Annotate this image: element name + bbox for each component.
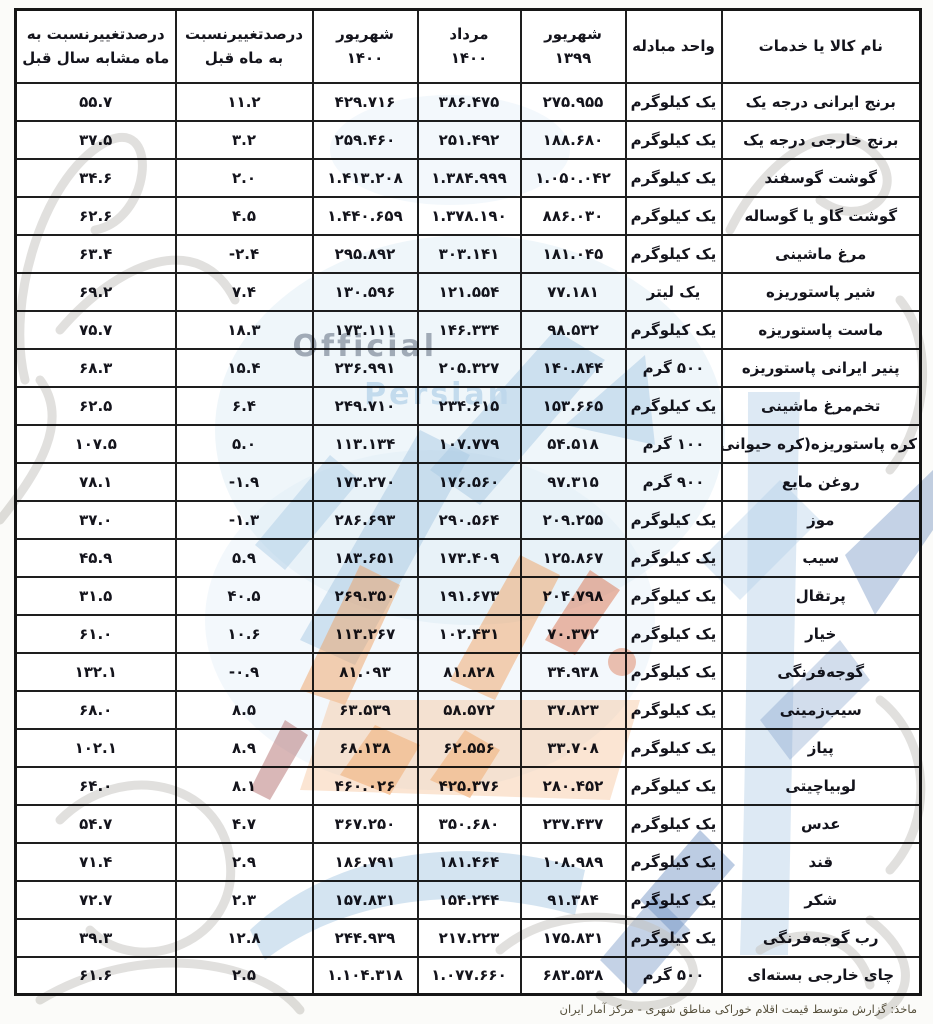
cell-price-shahrivar-1400: ۱.۱۰۴.۳۱۸ xyxy=(313,957,418,995)
cell-pct-change-yoy: ۱۰۲.۱ xyxy=(16,729,176,767)
cell-exchange-unit: یک کیلوگرم xyxy=(626,919,722,957)
cell-pct-change-yoy: ۶۱.۰ xyxy=(16,615,176,653)
cell-pct-change-yoy: ۶۸.۰ xyxy=(16,691,176,729)
cell-item-name: لوبیاچیتی xyxy=(722,767,921,805)
cell-price-shahrivar-1399: ۷۷.۱۸۱ xyxy=(521,273,626,311)
cell-pct-change-mom: ۲.۳ xyxy=(176,881,313,919)
table-row: لوبیاچیتی یک کیلوگرم ۲۸۰.۴۵۲ ۴۲۵.۳۷۶ ۴۶۰… xyxy=(16,767,921,805)
cell-exchange-unit: یک کیلوگرم xyxy=(626,653,722,691)
header-line: ماه مشابه سال قبل xyxy=(19,46,173,71)
cell-price-shahrivar-1399: ۹۸.۵۳۲ xyxy=(521,311,626,349)
cell-price-mordad-1400: ۵۸.۵۷۲ xyxy=(418,691,521,729)
cell-exchange-unit: ۹۰۰ گرم xyxy=(626,463,722,501)
table-row: برنج ایرانی درجه یک یک کیلوگرم ۲۷۵.۹۵۵ ۳… xyxy=(16,83,921,121)
table-row: گوجه‌فرنگی یک کیلوگرم ۳۴.۹۳۸ ۸۱.۸۲۸ ۸۱.۰… xyxy=(16,653,921,691)
cell-price-mordad-1400: ۱.۰۷۷.۶۶۰ xyxy=(418,957,521,995)
col-header-mordad-1400: مرداد ۱۴۰۰ xyxy=(418,10,521,83)
cell-price-shahrivar-1399: ۱۷۵.۸۳۱ xyxy=(521,919,626,957)
cell-pct-change-yoy: ۴۵.۹ xyxy=(16,539,176,577)
header-line: درصدتغییرنسبت xyxy=(179,22,310,47)
cell-price-shahrivar-1399: ۵۴.۵۱۸ xyxy=(521,425,626,463)
cell-item-name: شکر xyxy=(722,881,921,919)
header-line: درصدتغییرنسبت به xyxy=(19,22,173,47)
cell-item-name: موز xyxy=(722,501,921,539)
cell-exchange-unit: یک کیلوگرم xyxy=(626,729,722,767)
cell-pct-change-mom: -۰.۹ xyxy=(176,653,313,691)
cell-pct-change-yoy: ۳۴.۶ xyxy=(16,159,176,197)
cell-price-mordad-1400: ۱۵۴.۲۴۴ xyxy=(418,881,521,919)
col-header-pct-change-yoy: درصدتغییرنسبت به ماه مشابه سال قبل xyxy=(16,10,176,83)
cell-exchange-unit: یک کیلوگرم xyxy=(626,539,722,577)
cell-exchange-unit: یک کیلوگرم xyxy=(626,767,722,805)
cell-exchange-unit: یک کیلوگرم xyxy=(626,805,722,843)
cell-item-name: پیاز xyxy=(722,729,921,767)
cell-pct-change-mom: ۵.۹ xyxy=(176,539,313,577)
cell-price-shahrivar-1399: ۳۳.۷۰۸ xyxy=(521,729,626,767)
cell-item-name: عدس xyxy=(722,805,921,843)
table-row: پنیر ایرانی پاستوریزه ۵۰۰ گرم ۱۴۰.۸۴۴ ۲۰… xyxy=(16,349,921,387)
cell-price-shahrivar-1399: ۷۰.۳۷۲ xyxy=(521,615,626,653)
header-line: شهریور xyxy=(316,22,415,47)
cell-price-mordad-1400: ۴۲۵.۳۷۶ xyxy=(418,767,521,805)
cell-pct-change-yoy: ۵۵.۷ xyxy=(16,83,176,121)
cell-price-shahrivar-1399: ۲۳۷.۴۳۷ xyxy=(521,805,626,843)
cell-item-name: برنج ایرانی درجه یک xyxy=(722,83,921,121)
cell-exchange-unit: ۵۰۰ گرم xyxy=(626,957,722,995)
cell-pct-change-mom: ۴.۵ xyxy=(176,197,313,235)
header-line: نام کالا یا خدمات xyxy=(725,34,918,59)
cell-price-shahrivar-1399: ۱.۰۵۰.۰۴۲ xyxy=(521,159,626,197)
cell-pct-change-mom: ۲.۹ xyxy=(176,843,313,881)
cell-exchange-unit: ۱۰۰ گرم xyxy=(626,425,722,463)
cell-pct-change-yoy: ۷۵.۷ xyxy=(16,311,176,349)
cell-item-name: روغن مایع xyxy=(722,463,921,501)
cell-pct-change-mom: -۲.۴ xyxy=(176,235,313,273)
table-row: ماست پاستوریزه یک کیلوگرم ۹۸.۵۳۲ ۱۴۶.۳۳۴… xyxy=(16,311,921,349)
cell-item-name: گوجه‌فرنگی xyxy=(722,653,921,691)
cell-pct-change-mom: ۴.۷ xyxy=(176,805,313,843)
cell-pct-change-yoy: ۶۲.۶ xyxy=(16,197,176,235)
cell-item-name: سیب‌زمینی xyxy=(722,691,921,729)
cell-pct-change-yoy: ۳۹.۳ xyxy=(16,919,176,957)
cell-exchange-unit: یک کیلوگرم xyxy=(626,83,722,121)
cell-pct-change-mom: ۱۰.۶ xyxy=(176,615,313,653)
cell-price-shahrivar-1400: ۲۴۹.۷۱۰ xyxy=(313,387,418,425)
col-header-item-name: نام کالا یا خدمات xyxy=(722,10,921,83)
cell-item-name: برنج خارجی درجه یک xyxy=(722,121,921,159)
cell-price-shahrivar-1399: ۱۴۰.۸۴۴ xyxy=(521,349,626,387)
cell-pct-change-mom: ۵.۰ xyxy=(176,425,313,463)
cell-pct-change-yoy: ۱۳۲.۱ xyxy=(16,653,176,691)
cell-price-mordad-1400: ۲۹۰.۵۶۴ xyxy=(418,501,521,539)
table-row: چای خارجی بسته‌ای ۵۰۰ گرم ۶۸۳.۵۳۸ ۱.۰۷۷.… xyxy=(16,957,921,995)
cell-pct-change-mom: ۱۲.۸ xyxy=(176,919,313,957)
header-line: ۱۴۰۰ xyxy=(316,46,415,71)
cell-price-shahrivar-1400: ۶۸.۱۳۸ xyxy=(313,729,418,767)
cell-pct-change-mom: ۱۵.۴ xyxy=(176,349,313,387)
cell-pct-change-mom: ۲.۰ xyxy=(176,159,313,197)
table-row: عدس یک کیلوگرم ۲۳۷.۴۳۷ ۳۵۰.۶۸۰ ۳۶۷.۲۵۰ ۴… xyxy=(16,805,921,843)
table-row: سیب یک کیلوگرم ۱۲۵.۸۶۷ ۱۷۳.۴۰۹ ۱۸۳.۶۵۱ ۵… xyxy=(16,539,921,577)
table-header: نام کالا یا خدمات واحد مبادله شهریور ۱۳۹… xyxy=(16,10,921,83)
cell-item-name: رب گوجه‌فرنگی xyxy=(722,919,921,957)
cell-item-name: پنیر ایرانی پاستوریزه xyxy=(722,349,921,387)
cell-pct-change-yoy: ۳۷.۵ xyxy=(16,121,176,159)
cell-item-name: گوشت گوسفند xyxy=(722,159,921,197)
cell-pct-change-mom: ۱۱.۲ xyxy=(176,83,313,121)
cell-item-name: خیار xyxy=(722,615,921,653)
table-row: کره پاستوریزه(کره حیوانی) ۱۰۰ گرم ۵۴.۵۱۸… xyxy=(16,425,921,463)
cell-price-shahrivar-1399: ۱۲۵.۸۶۷ xyxy=(521,539,626,577)
cell-price-mordad-1400: ۱۷۳.۴۰۹ xyxy=(418,539,521,577)
cell-price-shahrivar-1400: ۶۳.۵۳۹ xyxy=(313,691,418,729)
table-row: برنج خارجی درجه یک یک کیلوگرم ۱۸۸.۶۸۰ ۲۵… xyxy=(16,121,921,159)
cell-price-mordad-1400: ۱۷۶.۵۶۰ xyxy=(418,463,521,501)
cell-price-mordad-1400: ۱.۳۷۸.۱۹۰ xyxy=(418,197,521,235)
scanned-document-page: نام کالا یا خدمات واحد مبادله شهریور ۱۳۹… xyxy=(0,0,933,1024)
cell-price-shahrivar-1400: ۱۷۳.۱۱۱ xyxy=(313,311,418,349)
table-row: روغن مایع ۹۰۰ گرم ۹۷.۳۱۵ ۱۷۶.۵۶۰ ۱۷۳.۲۷۰… xyxy=(16,463,921,501)
cell-pct-change-yoy: ۶۳.۴ xyxy=(16,235,176,273)
cell-price-mordad-1400: ۱.۳۸۴.۹۹۹ xyxy=(418,159,521,197)
cell-price-shahrivar-1399: ۹۷.۳۱۵ xyxy=(521,463,626,501)
cell-price-shahrivar-1400: ۱.۴۱۳.۲۰۸ xyxy=(313,159,418,197)
cell-item-name: قند xyxy=(722,843,921,881)
cell-pct-change-yoy: ۷۸.۱ xyxy=(16,463,176,501)
cell-price-shahrivar-1400: ۲۴۴.۹۳۹ xyxy=(313,919,418,957)
cell-price-shahrivar-1400: ۸۱.۰۹۳ xyxy=(313,653,418,691)
cell-price-shahrivar-1400: ۲۸۶.۶۹۳ xyxy=(313,501,418,539)
cell-exchange-unit: یک لیتر xyxy=(626,273,722,311)
header-line: واحد مبادله xyxy=(629,34,719,59)
cell-pct-change-mom: ۸.۹ xyxy=(176,729,313,767)
cell-price-mordad-1400: ۲۳۴.۶۱۵ xyxy=(418,387,521,425)
cell-price-mordad-1400: ۳۵۰.۶۸۰ xyxy=(418,805,521,843)
table-row: رب گوجه‌فرنگی یک کیلوگرم ۱۷۵.۸۳۱ ۲۱۷.۲۲۳… xyxy=(16,919,921,957)
cell-price-shahrivar-1400: ۱۵۷.۸۳۱ xyxy=(313,881,418,919)
cell-price-shahrivar-1399: ۱۵۳.۶۶۵ xyxy=(521,387,626,425)
cell-price-shahrivar-1400: ۴۲۹.۷۱۶ xyxy=(313,83,418,121)
cell-pct-change-yoy: ۳۱.۵ xyxy=(16,577,176,615)
cell-pct-change-mom: ۶.۴ xyxy=(176,387,313,425)
table-row: گوشت گاو یا گوساله یک کیلوگرم ۸۸۶.۰۳۰ ۱.… xyxy=(16,197,921,235)
cell-price-shahrivar-1400: ۱۱۳.۲۶۷ xyxy=(313,615,418,653)
cell-exchange-unit: یک کیلوگرم xyxy=(626,121,722,159)
cell-pct-change-yoy: ۶۱.۶ xyxy=(16,957,176,995)
table-row: موز یک کیلوگرم ۲۰۹.۲۵۵ ۲۹۰.۵۶۴ ۲۸۶.۶۹۳ -… xyxy=(16,501,921,539)
cell-pct-change-yoy: ۶۴.۰ xyxy=(16,767,176,805)
cell-price-shahrivar-1399: ۹۱.۳۸۴ xyxy=(521,881,626,919)
cell-price-shahrivar-1399: ۳۷.۸۲۳ xyxy=(521,691,626,729)
cell-pct-change-yoy: ۱۰۷.۵ xyxy=(16,425,176,463)
cell-price-mordad-1400: ۶۲.۵۵۶ xyxy=(418,729,521,767)
cell-price-shahrivar-1400: ۴۶۰.۰۲۶ xyxy=(313,767,418,805)
cell-price-shahrivar-1399: ۲۰۹.۲۵۵ xyxy=(521,501,626,539)
cell-price-mordad-1400: ۱۲۱.۵۵۴ xyxy=(418,273,521,311)
cell-price-shahrivar-1399: ۲۸۰.۴۵۲ xyxy=(521,767,626,805)
cell-item-name: تخم‌مرغ ماشینی xyxy=(722,387,921,425)
cell-price-shahrivar-1400: ۲۵۹.۴۶۰ xyxy=(313,121,418,159)
cell-item-name: کره پاستوریزه(کره حیوانی) xyxy=(722,425,921,463)
cell-price-shahrivar-1400: ۲۶۹.۳۵۰ xyxy=(313,577,418,615)
cell-pct-change-mom: -۱.۳ xyxy=(176,501,313,539)
cell-price-mordad-1400: ۱۰۷.۷۷۹ xyxy=(418,425,521,463)
cell-price-shahrivar-1400: ۲۹۵.۸۹۲ xyxy=(313,235,418,273)
cell-price-shahrivar-1399: ۱۸۸.۶۸۰ xyxy=(521,121,626,159)
cell-pct-change-yoy: ۷۱.۴ xyxy=(16,843,176,881)
cell-exchange-unit: یک کیلوگرم xyxy=(626,691,722,729)
cell-pct-change-yoy: ۵۴.۷ xyxy=(16,805,176,843)
cell-item-name: شیر پاستوریزه xyxy=(722,273,921,311)
cell-price-shahrivar-1399: ۳۴.۹۳۸ xyxy=(521,653,626,691)
cell-item-name: سیب xyxy=(722,539,921,577)
cell-price-mordad-1400: ۱۰۲.۴۳۱ xyxy=(418,615,521,653)
header-line: ۱۴۰۰ xyxy=(421,46,518,71)
cell-pct-change-mom: ۴۰.۵ xyxy=(176,577,313,615)
cell-pct-change-yoy: ۶۲.۵ xyxy=(16,387,176,425)
cell-price-mordad-1400: ۳۰۳.۱۴۱ xyxy=(418,235,521,273)
cell-price-shahrivar-1399: ۲۷۵.۹۵۵ xyxy=(521,83,626,121)
cell-exchange-unit: یک کیلوگرم xyxy=(626,615,722,653)
cell-price-mordad-1400: ۲۵۱.۴۹۲ xyxy=(418,121,521,159)
cell-item-name: ماست پاستوریزه xyxy=(722,311,921,349)
header-line: به ماه قبل xyxy=(179,46,310,71)
table-row: تخم‌مرغ ماشینی یک کیلوگرم ۱۵۳.۶۶۵ ۲۳۴.۶۱… xyxy=(16,387,921,425)
cell-item-name: پرتقال xyxy=(722,577,921,615)
cell-price-shahrivar-1400: ۱۸۶.۷۹۱ xyxy=(313,843,418,881)
table-row: قند یک کیلوگرم ۱۰۸.۹۸۹ ۱۸۱.۴۶۴ ۱۸۶.۷۹۱ ۲… xyxy=(16,843,921,881)
cell-exchange-unit: ۵۰۰ گرم xyxy=(626,349,722,387)
header-line: شهریور xyxy=(524,22,623,47)
source-note: ماخذ: گزارش متوسط قیمت اقلام خوراکی مناط… xyxy=(560,1002,918,1016)
col-header-shahrivar-1400: شهریور ۱۴۰۰ xyxy=(313,10,418,83)
cell-exchange-unit: یک کیلوگرم xyxy=(626,577,722,615)
cell-price-shahrivar-1400: ۱۷۳.۲۷۰ xyxy=(313,463,418,501)
col-header-exchange-unit: واحد مبادله xyxy=(626,10,722,83)
cell-exchange-unit: یک کیلوگرم xyxy=(626,235,722,273)
cell-price-mordad-1400: ۱۸۱.۴۶۴ xyxy=(418,843,521,881)
cell-pct-change-yoy: ۳۷.۰ xyxy=(16,501,176,539)
cell-item-name: گوشت گاو یا گوساله xyxy=(722,197,921,235)
header-line: ۱۳۹۹ xyxy=(524,46,623,71)
table-row: پیاز یک کیلوگرم ۳۳.۷۰۸ ۶۲.۵۵۶ ۶۸.۱۳۸ ۸.۹… xyxy=(16,729,921,767)
col-header-pct-change-mom: درصدتغییرنسبت به ماه قبل xyxy=(176,10,313,83)
cell-exchange-unit: یک کیلوگرم xyxy=(626,843,722,881)
cell-price-shahrivar-1399: ۱۰۸.۹۸۹ xyxy=(521,843,626,881)
table-row: شیر پاستوریزه یک لیتر ۷۷.۱۸۱ ۱۲۱.۵۵۴ ۱۳۰… xyxy=(16,273,921,311)
cell-price-mordad-1400: ۸۱.۸۲۸ xyxy=(418,653,521,691)
cell-exchange-unit: یک کیلوگرم xyxy=(626,881,722,919)
header-row: نام کالا یا خدمات واحد مبادله شهریور ۱۳۹… xyxy=(16,10,921,83)
cell-price-shahrivar-1400: ۲۳۶.۹۹۱ xyxy=(313,349,418,387)
cell-price-shahrivar-1400: ۱۱۳.۱۳۴ xyxy=(313,425,418,463)
cell-price-shahrivar-1400: ۳۶۷.۲۵۰ xyxy=(313,805,418,843)
cell-price-mordad-1400: ۱۴۶.۳۳۴ xyxy=(418,311,521,349)
cell-pct-change-mom: ۷.۴ xyxy=(176,273,313,311)
table-row: شکر یک کیلوگرم ۹۱.۳۸۴ ۱۵۴.۲۴۴ ۱۵۷.۸۳۱ ۲.… xyxy=(16,881,921,919)
table-row: خیار یک کیلوگرم ۷۰.۳۷۲ ۱۰۲.۴۳۱ ۱۱۳.۲۶۷ ۱… xyxy=(16,615,921,653)
cell-price-shahrivar-1399: ۱۸۱.۰۴۵ xyxy=(521,235,626,273)
cell-price-shahrivar-1399: ۸۸۶.۰۳۰ xyxy=(521,197,626,235)
col-header-shahrivar-1399: شهریور ۱۳۹۹ xyxy=(521,10,626,83)
cell-pct-change-yoy: ۶۹.۲ xyxy=(16,273,176,311)
cell-pct-change-yoy: ۶۸.۳ xyxy=(16,349,176,387)
cell-price-mordad-1400: ۱۹۱.۶۷۳ xyxy=(418,577,521,615)
cell-price-mordad-1400: ۳۸۶.۴۷۵ xyxy=(418,83,521,121)
cell-price-mordad-1400: ۲۱۷.۲۲۳ xyxy=(418,919,521,957)
header-line: مرداد xyxy=(421,22,518,47)
cell-exchange-unit: یک کیلوگرم xyxy=(626,387,722,425)
cell-exchange-unit: یک کیلوگرم xyxy=(626,159,722,197)
cell-pct-change-mom: ۱۸.۳ xyxy=(176,311,313,349)
cell-price-shahrivar-1400: ۱.۴۴۰.۶۵۹ xyxy=(313,197,418,235)
cell-price-shahrivar-1400: ۱۳۰.۵۹۶ xyxy=(313,273,418,311)
cell-pct-change-mom: ۳.۲ xyxy=(176,121,313,159)
cell-pct-change-mom: ۸.۱ xyxy=(176,767,313,805)
table-body: برنج ایرانی درجه یک یک کیلوگرم ۲۷۵.۹۵۵ ۳… xyxy=(16,83,921,995)
cell-pct-change-mom: ۸.۵ xyxy=(176,691,313,729)
table-row: مرغ ماشینی یک کیلوگرم ۱۸۱.۰۴۵ ۳۰۳.۱۴۱ ۲۹… xyxy=(16,235,921,273)
food-price-table: نام کالا یا خدمات واحد مبادله شهریور ۱۳۹… xyxy=(14,8,922,996)
cell-pct-change-mom: -۱.۹ xyxy=(176,463,313,501)
table-row: سیب‌زمینی یک کیلوگرم ۳۷.۸۲۳ ۵۸.۵۷۲ ۶۳.۵۳… xyxy=(16,691,921,729)
cell-exchange-unit: یک کیلوگرم xyxy=(626,501,722,539)
cell-item-name: چای خارجی بسته‌ای xyxy=(722,957,921,995)
cell-price-shahrivar-1399: ۲۰۴.۷۹۸ xyxy=(521,577,626,615)
cell-item-name: مرغ ماشینی xyxy=(722,235,921,273)
cell-price-mordad-1400: ۲۰۵.۳۲۷ xyxy=(418,349,521,387)
cell-exchange-unit: یک کیلوگرم xyxy=(626,197,722,235)
table-row: گوشت گوسفند یک کیلوگرم ۱.۰۵۰.۰۴۲ ۱.۳۸۴.۹… xyxy=(16,159,921,197)
cell-price-shahrivar-1400: ۱۸۳.۶۵۱ xyxy=(313,539,418,577)
cell-price-shahrivar-1399: ۶۸۳.۵۳۸ xyxy=(521,957,626,995)
cell-pct-change-yoy: ۷۲.۷ xyxy=(16,881,176,919)
table-row: پرتقال یک کیلوگرم ۲۰۴.۷۹۸ ۱۹۱.۶۷۳ ۲۶۹.۳۵… xyxy=(16,577,921,615)
cell-pct-change-mom: ۲.۵ xyxy=(176,957,313,995)
cell-exchange-unit: یک کیلوگرم xyxy=(626,311,722,349)
